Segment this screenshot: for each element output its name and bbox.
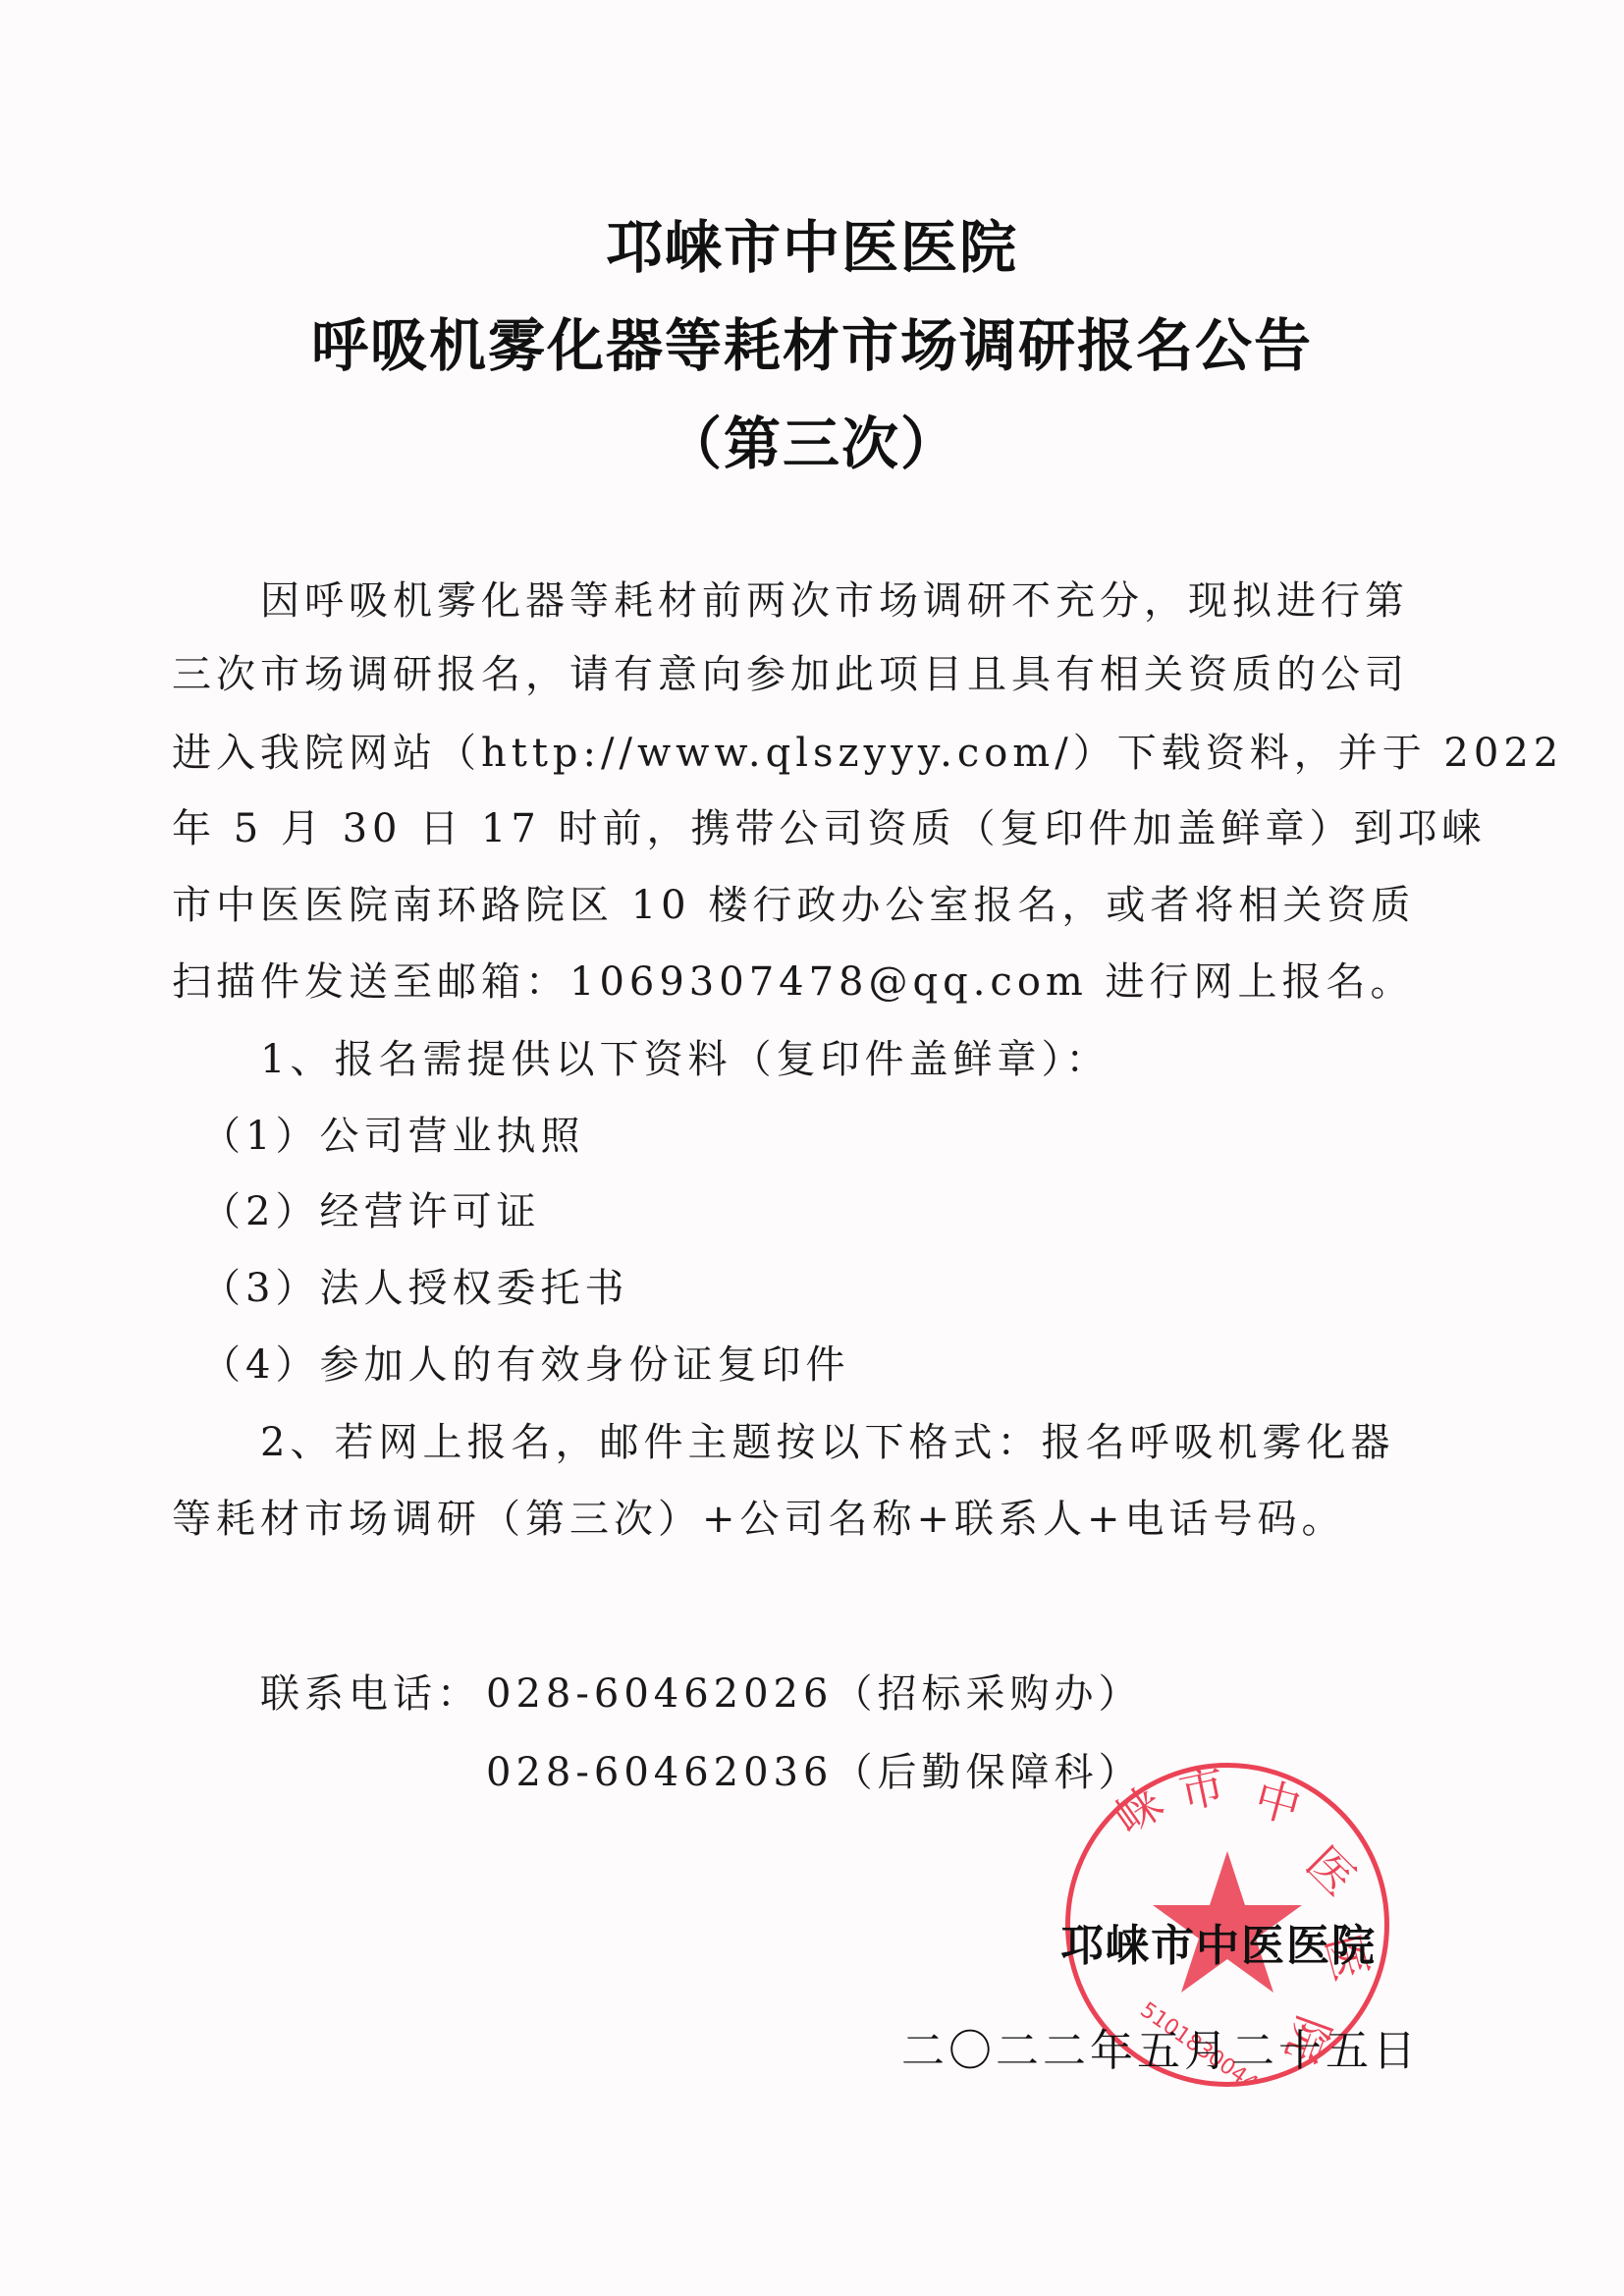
- requirement-item: （4）参加人的有效身份证复印件: [201, 1334, 849, 1390]
- requirement-item: （3）法人授权委托书: [201, 1257, 628, 1313]
- body-line: 扫描件发送至邮箱：1069307478@qq.com 进行网上报名。: [172, 951, 1415, 1007]
- contact-label: 联系电话：: [260, 1663, 481, 1719]
- title-round: （第三次）: [0, 398, 1624, 480]
- body-line: 市中医医院南环路院区 10 楼行政办公室报名，或者将相关资质: [172, 874, 1415, 930]
- title-hospital: 邛崃市中医医院: [0, 201, 1624, 284]
- svg-text:医: 医: [1296, 1836, 1366, 1906]
- svg-text:市: 市: [1174, 1768, 1229, 1820]
- body-line: 因呼吸机雾化器等耗材前两次市场调研不充分，现拟进行第: [172, 570, 1409, 626]
- body-line: 进入我院网站（http://www.qlszyyy.com/）下载资料，并于 2…: [172, 722, 1563, 778]
- svg-text:中: 中: [1249, 1771, 1306, 1833]
- signature-org: 邛崃市中医医院: [1060, 1910, 1377, 1973]
- contact-phone: 028-60462036（后勤保障科）: [486, 1741, 1142, 1797]
- requirement-item: （2）经营许可证: [201, 1180, 540, 1236]
- signature-date: 二〇二二年五月二十五日: [901, 2015, 1420, 2078]
- title-announcement: 呼吸机雾化器等耗材市场调研报名公告: [0, 300, 1624, 382]
- body-line: 年 5 月 30 日 17 时前，携带公司资质（复印件加盖鲜章）到邛崃: [172, 797, 1487, 853]
- svg-text:崃: 崃: [1105, 1776, 1172, 1845]
- contact-phone: 028-60462026（招标采购办）: [486, 1663, 1142, 1719]
- requirements-heading: 1、报名需提供以下资料（复印件盖鲜章）：: [172, 1028, 1110, 1084]
- body-line: 三次市场调研报名，请有意向参加此项目且具有相关资质的公司: [172, 643, 1409, 699]
- document-page: 邛崃市中医医院 呼吸机雾化器等耗材市场调研报名公告 （第三次） 因呼吸机雾化器等…: [0, 0, 1624, 2296]
- email-note-line: 2、若网上报名，邮件主题按以下格式：报名呼吸机雾化器: [172, 1411, 1394, 1467]
- requirement-item: （1）公司营业执照: [201, 1105, 584, 1161]
- email-note-line: 等耗材市场调研（第三次）+公司名称+联系人+电话号码。: [172, 1488, 1346, 1544]
